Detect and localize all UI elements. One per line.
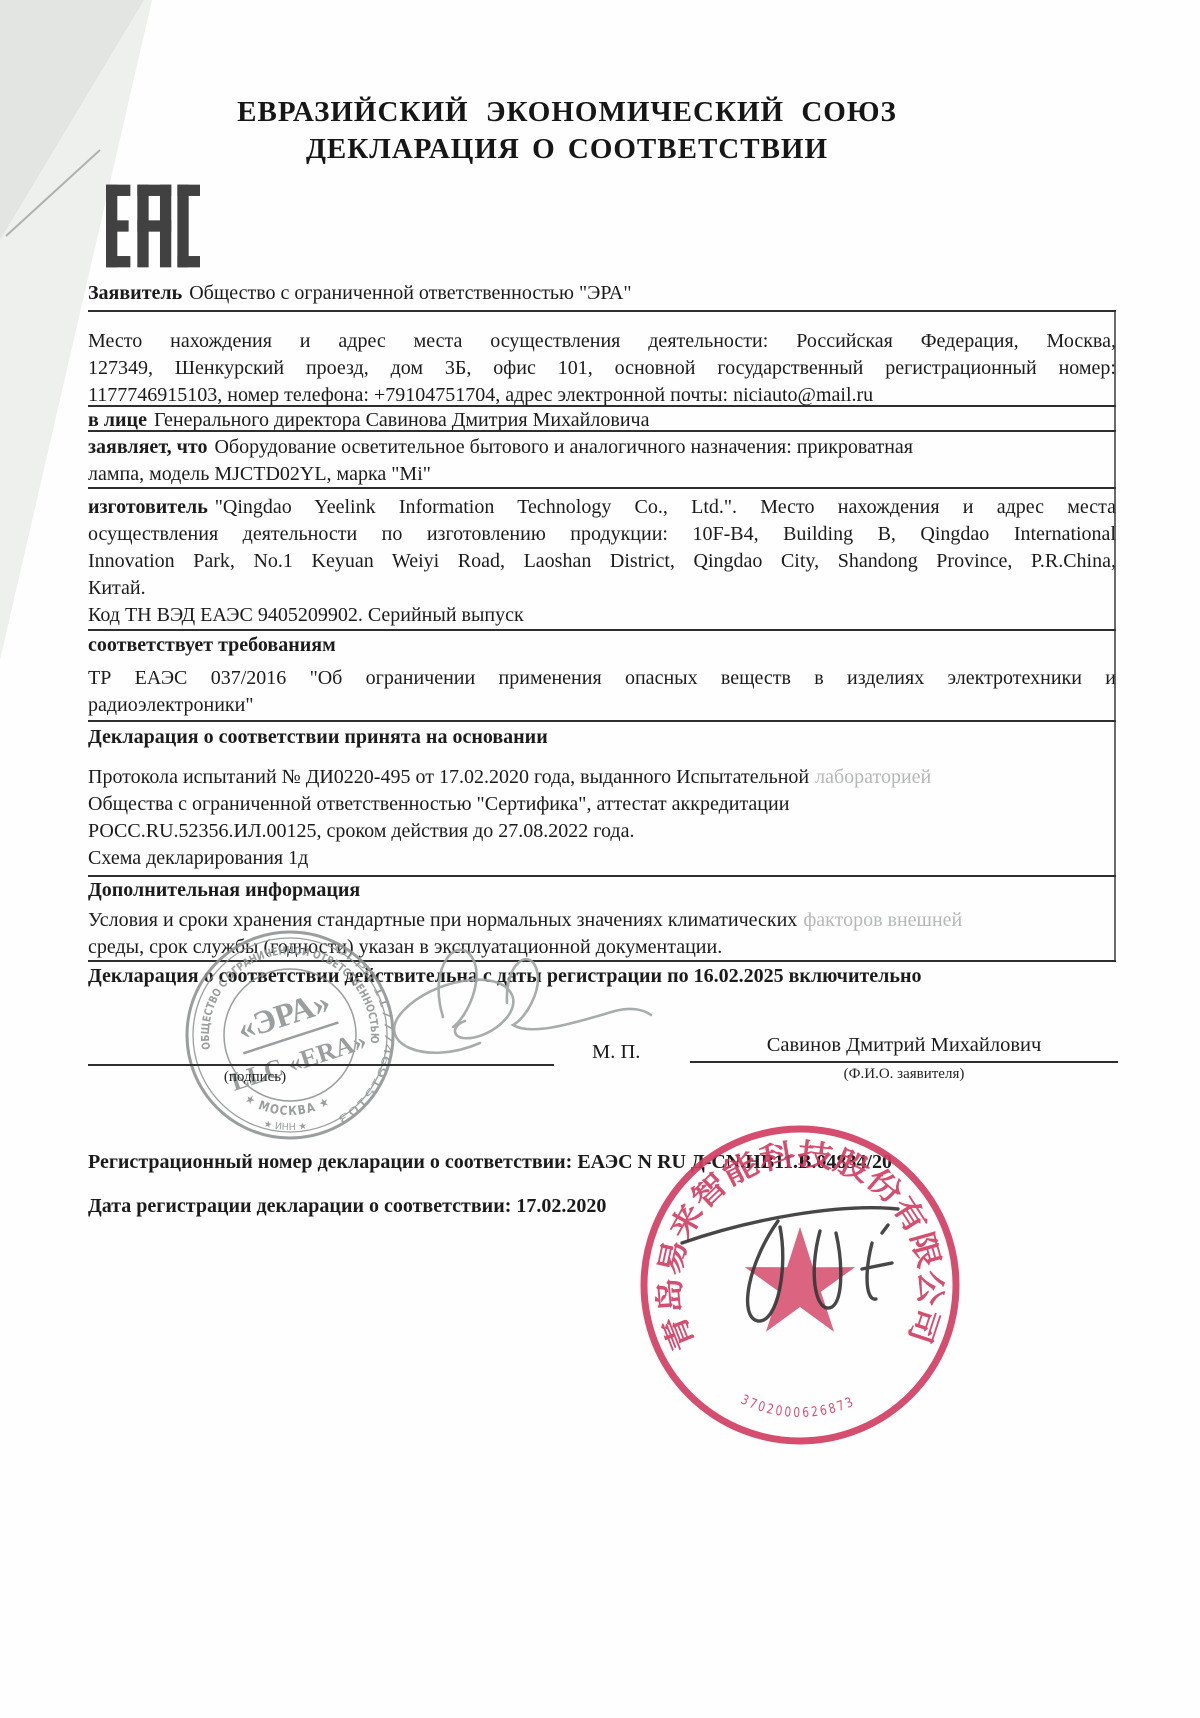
complies-heading: соответствует требованиям [88,632,1116,659]
basis-line1: Протокола испытаний № ДИ0220-495 от 17.0… [88,764,1116,791]
era-stamp-inn-text: ★ ИНН ★ [262,1118,307,1133]
signature-line [88,1064,554,1066]
signature-caption: (подпись) [175,1069,335,1086]
scheme-line: Схема декларирования 1д [88,845,1116,872]
applicant-row: ЗаявительОбщество с ограниченной ответст… [88,280,1116,307]
address-line: Место нахождения и адрес места осуществл… [88,328,1116,355]
declares-label: заявляет, что [88,436,207,458]
divider-line [88,720,1116,722]
declares-value-line1: Оборудование осветительное бытового и ан… [214,436,913,458]
manufacturer-line3: Innovation Park, No.1 Keyuan Weiyi Road,… [88,548,1116,575]
complies-line2: радиоэлектроники" [88,692,1116,719]
manufacturer-line1: "Qingdao Yeelink Information Technology … [215,496,1116,518]
basis-line1-text: Протокола испытаний № ДИ0220-495 от 17.0… [88,766,809,788]
tnved-code-line: Код ТН ВЭД ЕАЭС 9405209902. Серийный вып… [88,602,1116,629]
manufacturer-row: изготовитель"Qingdao Yeelink Information… [88,494,1116,521]
manufacturer-red-stamp: 青岛易来智能科技股份有限公司 3702000626873 [630,1115,970,1455]
manufacturer-line2: осуществления деятельности по изготовлен… [88,521,1116,548]
eac-mark-logo [106,184,200,268]
applicant-value: Общество с ограниченной ответственностью… [189,282,631,304]
divider-line [88,430,1116,432]
svg-text:★ ИНН ★: ★ ИНН ★ [262,1118,307,1133]
additional-heading: Дополнительная информация [88,877,1116,904]
basis-line3: РОСС.RU.52356.ИЛ.00125, сроком действия … [88,818,1116,845]
divider-line [88,310,1116,312]
table-right-border [1114,311,1116,961]
address-line: 127349, Шенкурский проезд, дом 3Б, офис … [88,355,1116,382]
in-person-value: Генерального директора Савинова Дмитрия … [154,409,650,431]
in-person-label: в лице [88,409,147,431]
basis-line2: Общества с ограниченной ответственностью… [88,791,1116,818]
applicant-label: Заявитель [88,282,182,304]
additional-line1-faded-text: факторов внешней [803,909,962,931]
basis-line1-faded-text: лабораторией [815,766,931,788]
manufacturer-label: изготовитель [88,496,208,518]
declares-row: заявляет, чтоОборудование осветительное … [88,434,1116,461]
basis-heading: Декларация о соответствии принята на осн… [88,724,1116,751]
signatory-name-line [690,1061,1118,1063]
manufacturer-line4: Китай. [88,575,1116,602]
document-title-line2: ДЕКЛАРАЦИЯ О СООТВЕТСТВИИ [88,133,1046,166]
signatory-caption: (Ф.И.О. заявителя) [690,1066,1118,1083]
document-title-line1: ЕВРАЗИЙСКИЙ ЭКОНОМИЧЕСКИЙ СОЮЗ [88,96,1046,129]
declaration-document-page: ЕВРАЗИЙСКИЙ ЭКОНОМИЧЕСКИЙ СОЮЗ ДЕКЛАРАЦИ… [0,0,1200,1718]
divider-line [88,487,1116,489]
svg-text:3702000626873: 3702000626873 [738,1392,857,1421]
divider-line [88,629,1116,631]
red-stamp-number: 3702000626873 [738,1392,857,1421]
mp-seal-label: М. П. [592,1041,640,1064]
complies-line1: ТР ЕАЭС 037/2016 "Об ограничении примене… [88,665,1116,692]
declares-value-line2: лампа, модель MJCTD02YL, марка "Mi" [88,461,1116,488]
signatory-name: Савинов Дмитрий Михайлович [690,1034,1118,1057]
